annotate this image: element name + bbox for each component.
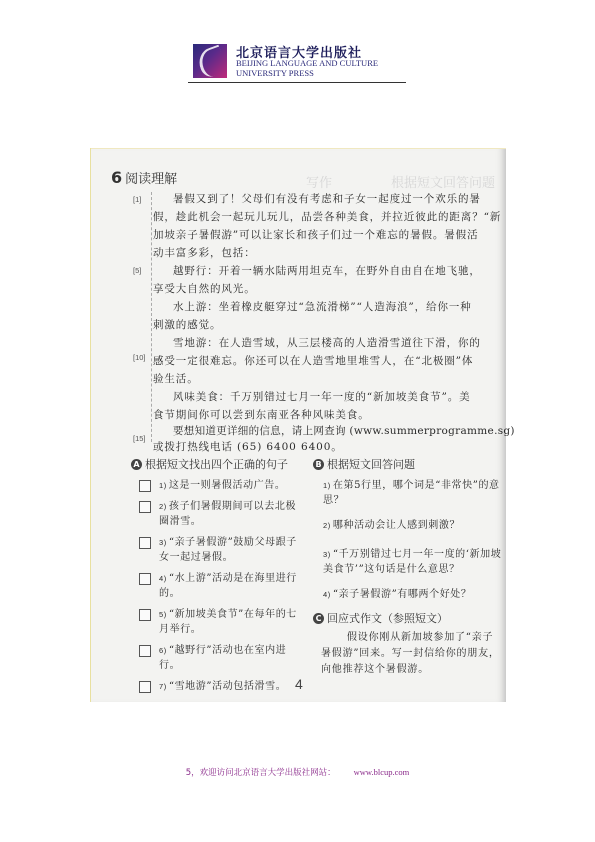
scanned-textbook-page: 根据短文回答问题 写作 6阅读理解 [1] [5] [10] [15] 暑假又到… <box>90 148 506 702</box>
section-b-badge: B <box>313 459 324 470</box>
line-number-rule <box>151 192 152 442</box>
passage-line: 水上游：坐着橡皮艇穿过“急流滑梯”“人造海浪”，给你一种 <box>173 300 498 314</box>
checkbox[interactable] <box>139 480 151 492</box>
section-b: B根据短文回答问题 1)在第5行里，哪个词是“非常快”的意思？ 2)哪种活动会让… <box>313 456 503 678</box>
statement-item: 1)这是一则暑假活动广告。 <box>131 478 306 493</box>
statement-item: 5)“新加坡美食节”在每年的七月举行。 <box>131 607 306 637</box>
bleed-through-text: 根据短文回答问题 <box>391 172 495 191</box>
publisher-logo-icon <box>193 44 227 78</box>
section-c-title: C回应式作文（参照短文） <box>313 610 503 626</box>
bleed-through-text: 写作 <box>306 172 332 191</box>
checkbox[interactable] <box>139 573 151 585</box>
footer-text: 5，欢迎访问北京语言大学出版社网站： <box>186 768 336 778</box>
passage-line: 或拨打热线电话 (65) 6400 6400。 <box>153 440 498 454</box>
footer: 5，欢迎访问北京语言大学出版社网站：www.blcup.com <box>0 766 595 778</box>
passage-line: 刺激的感觉。 <box>153 318 498 332</box>
essay-prompt: 假设你刚从新加坡参加了“亲子暑假游”回来。写一封信给你的朋友，向他推荐这个暑假游… <box>313 630 503 678</box>
passage-line: 感受一定很难忘。你还可以在人造雪地里堆雪人，在“北极圈”体 <box>153 354 498 368</box>
checkbox[interactable] <box>139 609 151 621</box>
passage-line: 风味美食：千万别错过七月一年一度的“新加坡美食节”。美 <box>173 390 498 404</box>
passage-line: 暑假又到了！父母们有没有考虑和子女一起度过一个欢乐的暑 <box>173 192 498 206</box>
publisher-name-en-line1: BEIJING LANGUAGE AND CULTURE <box>236 58 378 68</box>
checkbox[interactable] <box>139 501 151 513</box>
footer-website-link[interactable]: www.blcup.com <box>354 767 410 777</box>
checkbox[interactable] <box>139 681 151 693</box>
passage-line: 加坡亲子暑假游”可以让家长和孩子们过一个难忘的暑假。暑假活 <box>153 228 498 242</box>
passage-line: 动丰富多彩，包括： <box>153 246 498 260</box>
passage-line: 享受大自然的风光。 <box>153 282 498 296</box>
line-marker: [15] <box>133 434 146 443</box>
statement-item: 3)“亲子暑假游”鼓励父母跟子女一起过暑假。 <box>131 535 306 565</box>
question-item: 4)“亲子暑假游”有哪两个好处？ <box>313 587 503 602</box>
page-number: 4 <box>295 676 303 692</box>
publisher-name-en-line2: UNIVERSITY PRESS <box>236 68 314 78</box>
section-title-text: 阅读理解 <box>125 172 177 187</box>
section-a-title: A根据短文找出四个正确的句子 <box>131 456 306 472</box>
section-number: 6 <box>111 168 122 187</box>
checkbox[interactable] <box>139 645 151 657</box>
section-a: A根据短文找出四个正确的句子 1)这是一则暑假活动广告。 2)孩子们暑假期间可以… <box>131 456 306 694</box>
section-c-badge: C <box>313 613 324 624</box>
checkbox[interactable] <box>139 537 151 549</box>
statement-item: 6)“越野行”活动也在室内进行。 <box>131 643 306 673</box>
line-marker: [10] <box>133 353 146 362</box>
passage-line: 假，趁此机会一起玩儿玩儿，品尝各种美食，并拉近彼此的距离？“新 <box>153 210 498 224</box>
passage-line: 验生活。 <box>153 372 498 386</box>
statement-item: 7)“雪地游”活动包括滑雪。 <box>131 679 306 694</box>
question-item: 2)哪种活动会让人感到刺激？ <box>313 518 503 533</box>
section-title: 6阅读理解 <box>111 168 177 187</box>
line-marker: [5] <box>133 266 141 275</box>
passage-line: 要想知道更详细的信息，请上网查询 (www.summerprogramme.sg… <box>173 424 498 438</box>
line-marker: [1] <box>133 195 141 204</box>
header-divider <box>188 82 406 83</box>
publisher-header: 北京语言大学出版社 BEIJING LANGUAGE AND CULTURE U… <box>188 42 398 82</box>
passage-line: 雪地游：在人造雪域，从三层楼高的人造滑雪道往下滑，你的 <box>173 336 498 350</box>
question-item: 3)“千万别错过七月一年一度的‘新加坡美食节’”这句话是什么意思？ <box>313 547 503 577</box>
statement-item: 4)“水上游”活动是在海里进行的。 <box>131 571 306 601</box>
section-a-badge: A <box>131 459 142 470</box>
question-item: 1)在第5行里，哪个词是“非常快”的意思？ <box>313 478 503 508</box>
passage-line: 食节期间你可以尝到东南亚各种风味美食。 <box>153 408 498 422</box>
passage-line: 越野行：开着一辆水陆两用坦克车，在野外自由自在地飞驰， <box>173 264 498 278</box>
section-b-title: B根据短文回答问题 <box>313 456 503 472</box>
statement-item: 2)孩子们暑假期间可以去北极圈滑雪。 <box>131 499 306 529</box>
